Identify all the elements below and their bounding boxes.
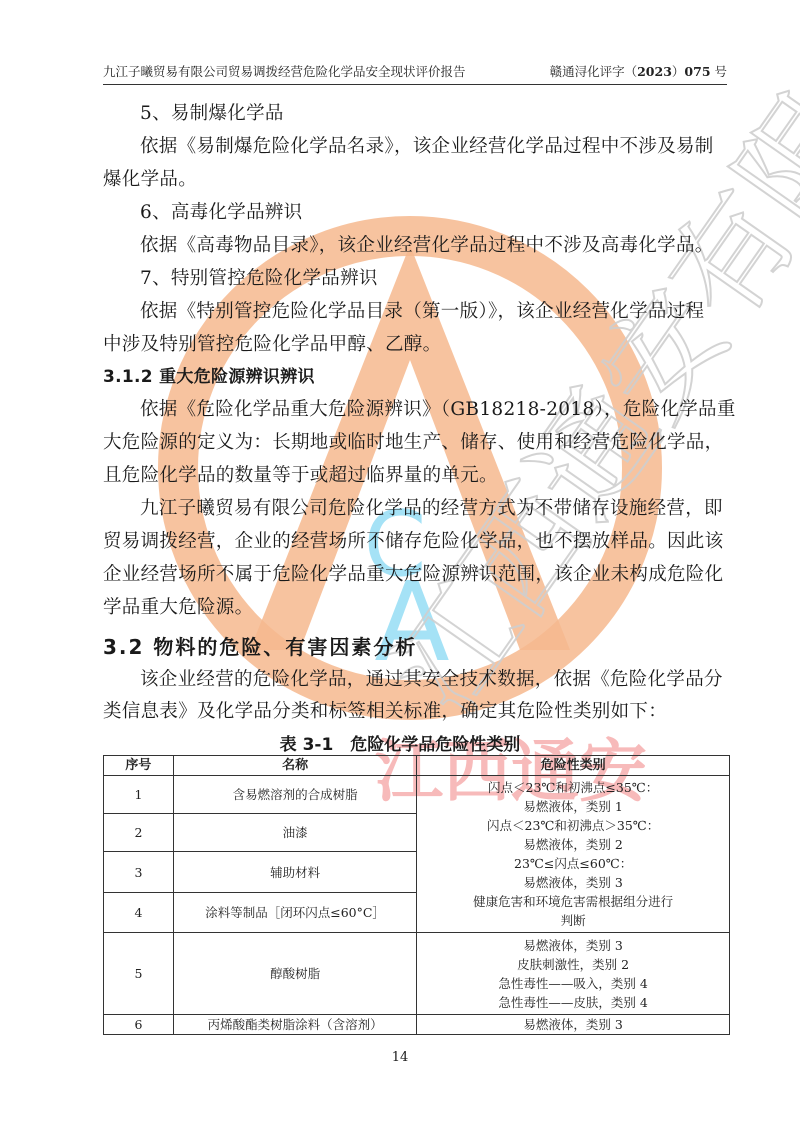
paragraph-line: 类信息表》及化学品分类和标签相关标准，确定其危险性类别如下： bbox=[103, 698, 667, 726]
hazard-line: 判断 bbox=[421, 911, 725, 930]
cell-no: 6 bbox=[104, 1015, 174, 1035]
hazard-line: 23℃≤闪点≤60℃： bbox=[421, 854, 725, 873]
cell-name: 涂料等制品［闭环闪点≤60°C］ bbox=[173, 893, 416, 933]
cell-hazard: 易燃液体，类别 3 bbox=[417, 1015, 730, 1035]
cell-name: 醇酸树脂 bbox=[173, 933, 416, 1015]
section-3-1-2-heading: 3.1.2 重大危险源辨识辨识 bbox=[103, 363, 315, 391]
hazard-line: 急性毒性——吸入，类别 4 bbox=[421, 974, 725, 993]
cell-name: 丙烯酸酯类树脂涂料（含溶剂） bbox=[173, 1015, 416, 1035]
paragraph-line: 企业经营场所不属于危险化学品重大危险源辨识范围，该企业未构成危险化 bbox=[103, 561, 723, 589]
table-caption: 表 3-1 危险化学品危险性类别 bbox=[0, 730, 800, 755]
cell-name: 油漆 bbox=[173, 814, 416, 852]
paragraph-line: 依据《危险化学品重大危险源辨识》（GB18218-2018），危险化学品重 bbox=[140, 396, 736, 424]
item5-heading: 5、易制爆化学品 bbox=[140, 100, 284, 128]
cell-no: 4 bbox=[104, 893, 174, 933]
table-row: 6 丙烯酸酯类树脂涂料（含溶剂） 易燃液体，类别 3 bbox=[104, 1015, 730, 1035]
paragraph-line: 依据《特别管控危险化学品目录（第一版）》，该企业经营化学品过程 bbox=[140, 298, 704, 326]
table-row: 1 含易燃溶剂的合成树脂 闪点＜23℃和初沸点≤35℃： 易燃液体，类别 1 闪… bbox=[104, 776, 730, 814]
svg-text:江西通安有限公司: 江西通安有限公司 bbox=[367, 0, 800, 739]
item7-heading: 7、特别管控危险化学品辨识 bbox=[140, 265, 378, 293]
column-header-no: 序号 bbox=[104, 756, 174, 776]
page-number: 14 bbox=[0, 1050, 800, 1065]
item6-heading: 6、高毒化学品辨识 bbox=[140, 199, 302, 227]
hazard-line: 闪点＜23℃和初沸点＞35℃： bbox=[421, 816, 725, 835]
hazard-line: 急性毒性——皮肤，类别 4 bbox=[421, 993, 725, 1012]
paragraph-line: 爆化学品。 bbox=[103, 166, 197, 194]
header-divider bbox=[103, 84, 727, 85]
cell-name: 含易燃溶剂的合成树脂 bbox=[173, 776, 416, 814]
report-title: 九江子曦贸易有限公司贸易调拨经营危险化学品安全现状评价报告 bbox=[103, 62, 466, 80]
paragraph-line: 九江子曦贸易有限公司危险化学品的经营方式为不带储存设施经营，即 bbox=[140, 495, 723, 523]
paragraph-line: 中涉及特别管控危险化学品甲醇、乙醇。 bbox=[103, 331, 441, 359]
paragraph-line: 依据《高毒物品目录》，该企业经营化学品过程中不涉及高毒化学品。 bbox=[140, 232, 714, 260]
hazard-line: 健康危害和环境危害需根据组分进行 bbox=[421, 892, 725, 911]
hazard-line: 闪点＜23℃和初沸点≤35℃： bbox=[421, 778, 725, 797]
column-header-name: 名称 bbox=[173, 756, 416, 776]
document-page: C A 江西通安有限公司 江西通安 九江子曦贸易有限公司贸易调拨经营危险化学品安… bbox=[0, 0, 800, 1131]
paragraph-line: 学品重大危险源。 bbox=[103, 594, 253, 622]
cell-no: 3 bbox=[104, 852, 174, 893]
page-header: 九江子曦贸易有限公司贸易调拨经营危险化学品安全现状评价报告 赣通浔化评字（202… bbox=[103, 62, 727, 82]
cell-name: 辅助材料 bbox=[173, 852, 416, 893]
cell-no: 5 bbox=[104, 933, 174, 1015]
hazard-line: 皮肤刺激性，类别 2 bbox=[421, 955, 725, 974]
paragraph-line: 大危险源的定义为：长期地或临时地生产、储存、使用和经营危险化学品， bbox=[103, 429, 723, 457]
hazard-line: 易燃液体，类别 2 bbox=[421, 835, 725, 854]
cell-no: 2 bbox=[104, 814, 174, 852]
cell-no: 1 bbox=[104, 776, 174, 814]
hazard-line: 易燃液体，类别 3 bbox=[421, 936, 725, 955]
paragraph-line: 贸易调拨经营，企业的经营场所不储存危险化学品，也不摆放样品。因此该 bbox=[103, 528, 723, 556]
paragraph-line: 依据《易制爆危险化学品名录》，该企业经营化学品过程中不涉及易制 bbox=[140, 133, 714, 161]
cell-hazard: 易燃液体，类别 3 皮肤刺激性，类别 2 急性毒性——吸入，类别 4 急性毒性—… bbox=[417, 933, 730, 1015]
hazard-category-table: 序号 名称 危险性类别 1 含易燃溶剂的合成树脂 闪点＜23℃和初沸点≤35℃：… bbox=[103, 755, 730, 1035]
document-number: 赣通浔化评字（2023）075 号 bbox=[550, 62, 727, 80]
paragraph-line: 且危险化学品的数量等于或超过临界量的单元。 bbox=[103, 462, 498, 490]
paragraph-line: 该企业经营的危险化学品，通过其安全技术数据，依据《危险化学品分 bbox=[140, 666, 723, 694]
column-header-hazard: 危险性类别 bbox=[417, 756, 730, 776]
table-row: 5 醇酸树脂 易燃液体，类别 3 皮肤刺激性，类别 2 急性毒性——吸入，类别 … bbox=[104, 933, 730, 1015]
hazard-line: 易燃液体，类别 3 bbox=[421, 873, 725, 892]
section-3-2-heading: 3.2 物料的危险、有害因素分析 bbox=[103, 633, 417, 661]
hazard-line: 易燃液体，类别 1 bbox=[421, 797, 725, 816]
cell-hazard-group: 闪点＜23℃和初沸点≤35℃： 易燃液体，类别 1 闪点＜23℃和初沸点＞35℃… bbox=[417, 776, 730, 933]
table-header-row: 序号 名称 危险性类别 bbox=[104, 756, 730, 776]
